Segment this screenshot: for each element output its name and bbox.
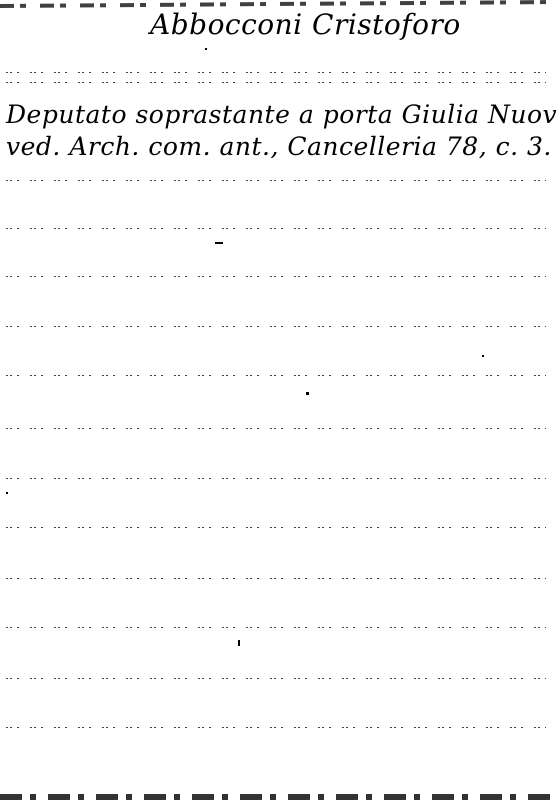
ruled-line xyxy=(6,428,546,429)
scan-speck xyxy=(306,392,309,395)
ruled-line xyxy=(6,375,546,376)
card-heading: Abbocconi Cristoforo xyxy=(150,8,461,41)
scan-speck xyxy=(215,242,223,244)
ruled-line xyxy=(6,527,546,528)
ruled-line xyxy=(6,228,546,229)
ruled-line xyxy=(6,727,546,728)
scan-speck xyxy=(482,355,484,357)
entry-line-2: ved. Arch. com. ant., Cancelleria 78, c.… xyxy=(6,132,552,161)
ruled-line xyxy=(6,180,546,181)
scan-speck xyxy=(6,492,8,494)
ruled-line xyxy=(6,82,546,83)
scan-speck xyxy=(238,640,240,646)
entry-line-1: Deputato soprastante a porta Giulia Nuov… xyxy=(6,100,558,129)
ruled-line xyxy=(6,326,546,327)
ruled-line xyxy=(6,276,546,277)
ruled-line xyxy=(6,72,546,73)
ruled-line xyxy=(6,578,546,579)
ruled-line xyxy=(6,478,546,479)
ruled-line xyxy=(6,678,546,679)
ruled-line xyxy=(6,627,546,628)
scan-speck xyxy=(205,48,207,50)
scan-bottom-edge xyxy=(0,794,558,800)
